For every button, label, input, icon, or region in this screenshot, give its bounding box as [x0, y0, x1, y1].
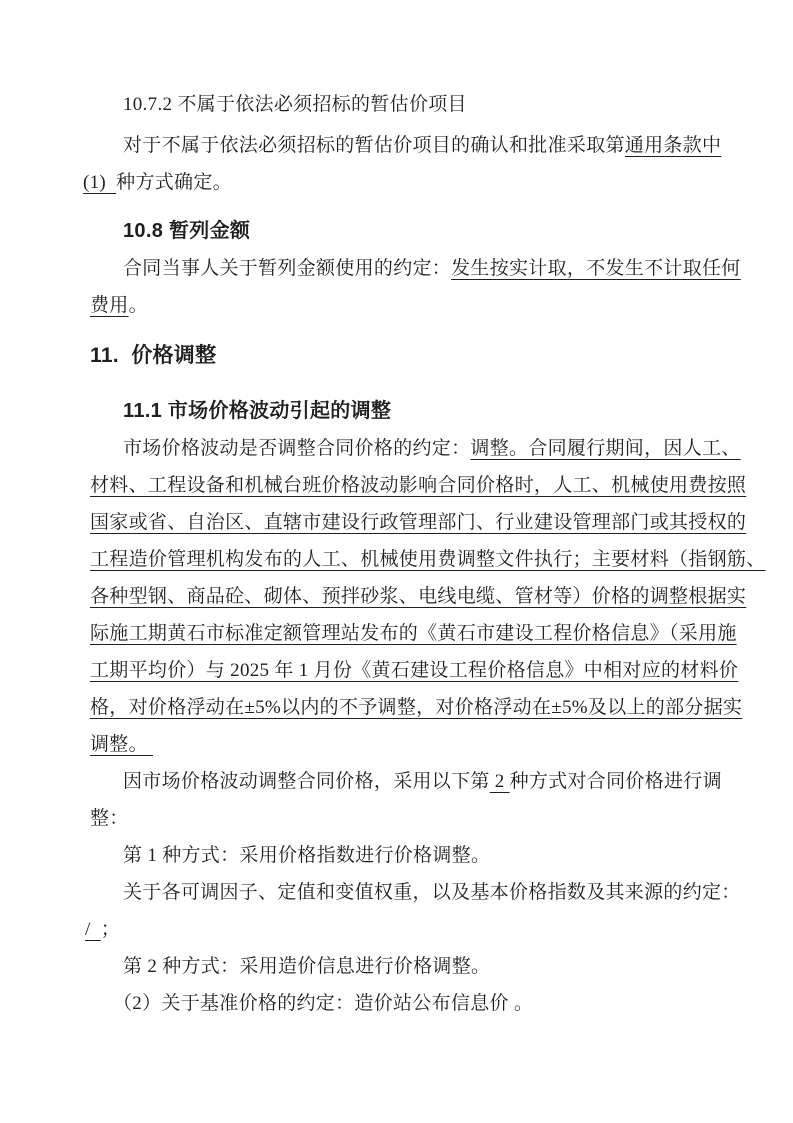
text-run: 对于不属于依法必须招标的暂估价项目的确认和批准采取第	[123, 135, 625, 156]
text-run: （2）关于基准价格的约定：造价站公布信息价 。	[113, 993, 533, 1014]
clause-11-1-line-9: 调整。	[90, 726, 706, 763]
filled-blank-text: 际施工期黄石市标准定额管理站发布的《黄石市建设工程价格信息》（采用施	[90, 623, 737, 644]
filled-blank-text: /	[85, 919, 101, 940]
clause-method-choice-line-2: 整：	[90, 800, 706, 837]
text-run: ；	[101, 919, 120, 940]
clause-11-1-line-7: 工期平均价）与 2025 年 1 月份《黄石建设工程价格信息》中相对应的材料价	[90, 652, 706, 689]
text-run: 第 1 种方式：采用价格指数进行价格调整。	[123, 845, 490, 866]
text-run: 合同当事人关于暂列金额使用的约定：	[123, 258, 451, 279]
text-run: 市场价格波动是否调整合同价格的约定：	[123, 438, 470, 459]
filled-blank-text: 工程造价管理机构发布的人工、机械使用费调整文件执行；主要材料（指钢筋、	[90, 549, 766, 570]
filled-blank-text: (1)	[83, 172, 116, 193]
clause-11-1-line-5: 各种型钢、商品砼、砌体、预拌砂浆、电线电缆、管材等）价格的调整根据实	[90, 578, 706, 615]
filled-blank-text: 各种型钢、商品砼、砌体、预拌砂浆、电线电缆、管材等）价格的调整根据实	[90, 586, 746, 607]
clause-method-1: 第 1 种方式：采用价格指数进行价格调整。	[90, 837, 706, 874]
filled-blank-text: 调整。	[90, 734, 153, 755]
clause-11-1-line-1: 市场价格波动是否调整合同价格的约定：调整。合同履行期间，因人工、	[90, 430, 706, 467]
filled-blank-text: 格，对价格浮动在±5%以内的不予调整，对价格浮动在±5%及以上的部分据实	[90, 697, 742, 718]
filled-blank-text: 国家或省、自治区、直辖市建设行政管理部门、行业建设管理部门或其授权的	[90, 512, 746, 533]
heading-10-7-2: 10.7.2 不属于依法必须招标的暂估价项目	[90, 86, 706, 123]
clause-method-1-blank: / ；	[85, 911, 706, 948]
clause-10-7-2-line-2: (1) 种方式确定。	[83, 164, 706, 201]
filled-blank-text: 2	[490, 771, 510, 792]
text-run: 11. 价格调整	[90, 344, 216, 367]
heading-10-8: 10.8 暂列金额	[90, 213, 706, 250]
filled-blank-text: 调整。合同履行期间，因人工、	[470, 438, 740, 459]
clause-10-8-line-1: 合同当事人关于暂列金额使用的约定：发生按实计取，不发生不计取任何	[90, 250, 706, 287]
heading-11-1: 11.1 市场价格波动引起的调整	[90, 393, 706, 430]
document-page: 10.7.2 不属于依法必须招标的暂估价项目对于不属于依法必须招标的暂估价项目的…	[0, 0, 793, 1123]
heading-11: 11. 价格调整	[90, 337, 706, 374]
text-run: 10.8 暂列金额	[123, 220, 250, 242]
clause-10-7-2-line-1: 对于不属于依法必须招标的暂估价项目的确认和批准采取第通用条款中	[90, 127, 706, 164]
clause-method-2-base-price: （2）关于基准价格的约定：造价站公布信息价 。	[90, 985, 706, 1022]
filled-blank-text: 发生按实计取，不发生不计取任何	[451, 258, 741, 279]
clause-method-2: 第 2 种方式：采用造价信息进行价格调整。	[90, 948, 706, 985]
filled-blank-text: 费用	[90, 295, 129, 316]
clause-11-1-line-6: 际施工期黄石市标准定额管理站发布的《黄石市建设工程价格信息》（采用施	[90, 615, 706, 652]
clause-11-1-line-3: 国家或省、自治区、直辖市建设行政管理部门、行业建设管理部门或其授权的	[90, 504, 706, 541]
clause-10-8-line-2: 费用。	[90, 287, 706, 324]
text-run: 第 2 种方式：采用造价信息进行价格调整。	[123, 956, 490, 977]
filled-blank-text: 材料、工程设备和机械台班价格波动影响合同价格时，人工、机械使用费按照	[90, 475, 746, 496]
text-run: 。	[129, 295, 148, 316]
filled-blank-text: 工期平均价）与 2025 年 1 月份《黄石建设工程价格信息》中相对应的材料价	[90, 660, 738, 681]
text-run: 整：	[90, 808, 129, 829]
filled-blank-text: 通用条款中	[625, 135, 722, 156]
clause-11-1-line-8: 格，对价格浮动在±5%以内的不予调整，对价格浮动在±5%及以上的部分据实	[90, 689, 706, 726]
text-run: 11.1 市场价格波动引起的调整	[123, 400, 391, 422]
clause-11-1-line-4: 工程造价管理机构发布的人工、机械使用费调整文件执行；主要材料（指钢筋、	[90, 541, 706, 578]
text-run: 种方式对合同价格进行调	[510, 771, 722, 792]
clause-method-1-factors: 关于各可调因子、定值和变值权重，以及基本价格指数及其来源的约定：	[90, 874, 706, 911]
clause-method-choice-line-1: 因市场价格波动调整合同价格，采用以下第 2 种方式对合同价格进行调	[90, 763, 706, 800]
text-run: 因市场价格波动调整合同价格，采用以下第	[123, 771, 490, 792]
text-run: 种方式确定。	[116, 172, 232, 193]
text-run: 关于各可调因子、定值和变值权重，以及基本价格指数及其来源的约定：	[123, 882, 741, 903]
clause-11-1-line-2: 材料、工程设备和机械台班价格波动影响合同价格时，人工、机械使用费按照	[90, 467, 706, 504]
text-run: 10.7.2 不属于依法必须招标的暂估价项目	[123, 94, 467, 115]
